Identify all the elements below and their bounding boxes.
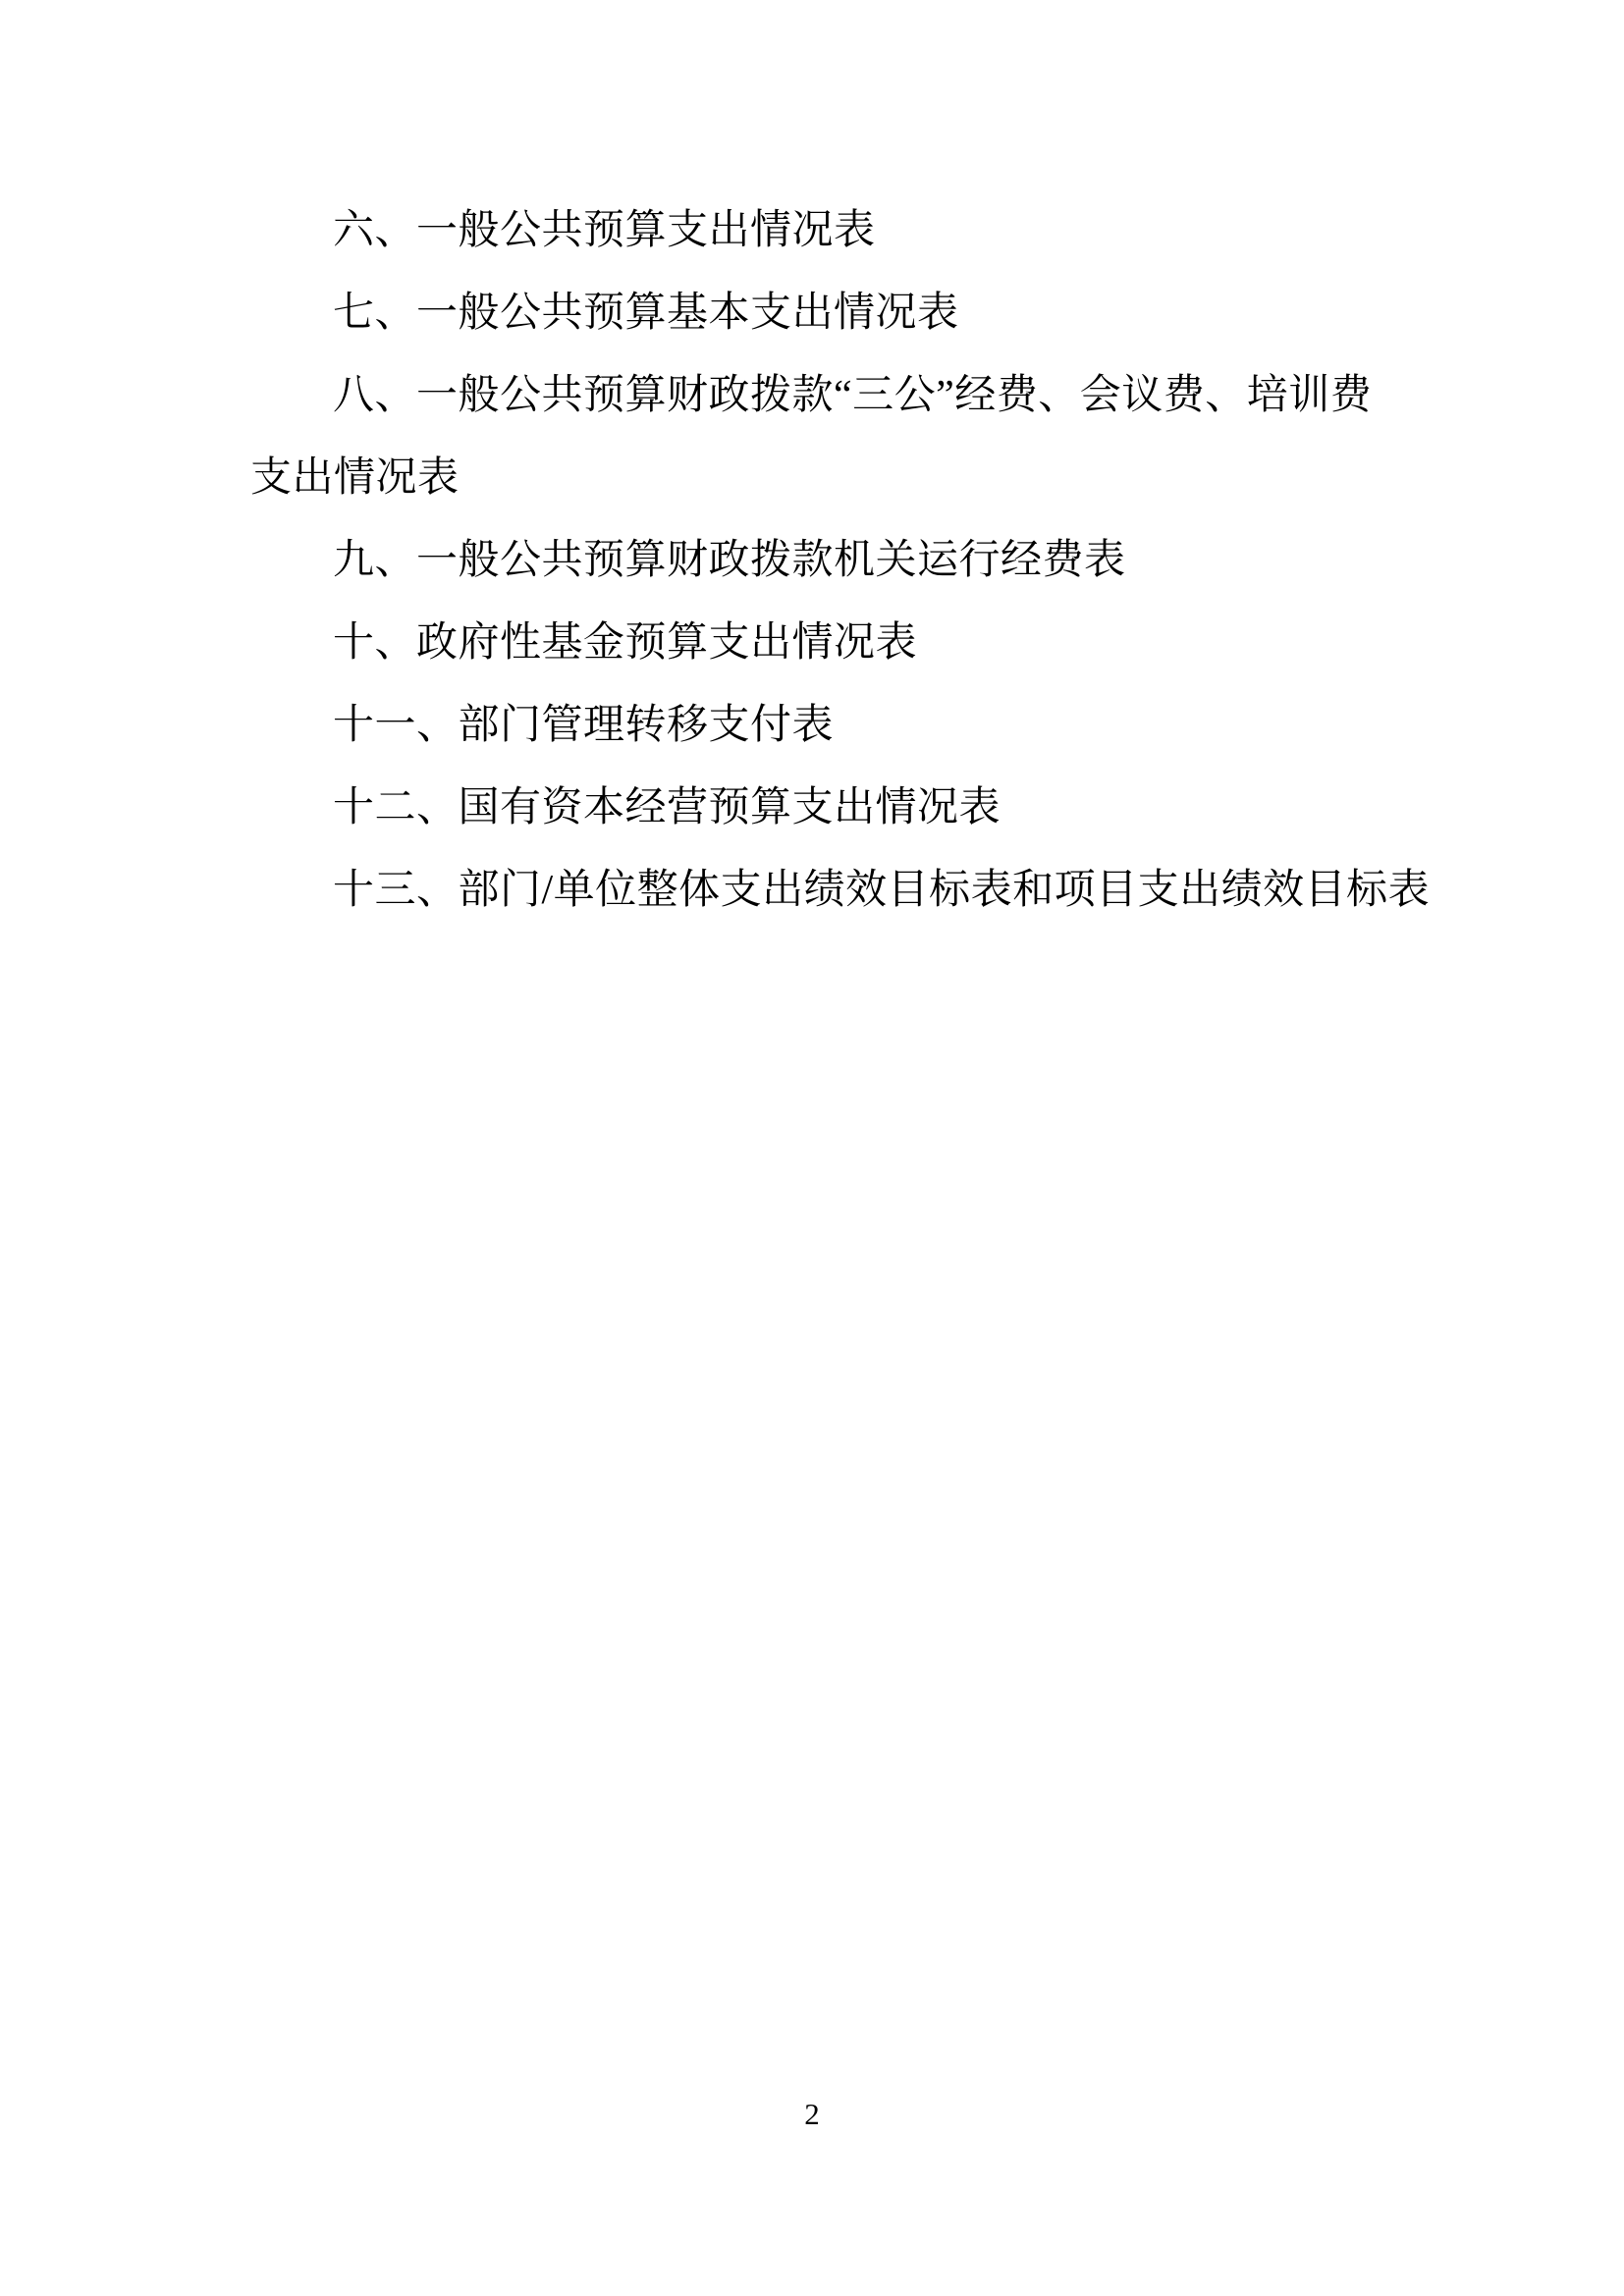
toc-line: 支出情况表 <box>250 437 1458 519</box>
document-page: 六、一般公共预算支出情况表七、一般公共预算基本支出情况表八、一般公共预算财政拨款… <box>0 0 1624 2296</box>
toc-line: 九、一般公共预算财政拨款机关运行经费表 <box>250 519 1458 602</box>
toc-line: 十、政府性基金预算支出情况表 <box>250 602 1458 684</box>
toc-list: 六、一般公共预算支出情况表七、一般公共预算基本支出情况表八、一般公共预算财政拨款… <box>250 189 1458 932</box>
page-number: 2 <box>0 2097 1624 2132</box>
toc-line: 十三、部门/单位整体支出绩效目标表和项目支出绩效目标表 <box>250 849 1458 932</box>
toc-line: 八、一般公共预算财政拨款“三公”经费、会议费、培训费 <box>250 354 1458 437</box>
toc-line: 七、一般公共预算基本支出情况表 <box>250 272 1458 354</box>
toc-line: 十二、国有资本经营预算支出情况表 <box>250 767 1458 849</box>
toc-line: 十一、部门管理转移支付表 <box>250 684 1458 767</box>
toc-line: 六、一般公共预算支出情况表 <box>250 189 1458 272</box>
